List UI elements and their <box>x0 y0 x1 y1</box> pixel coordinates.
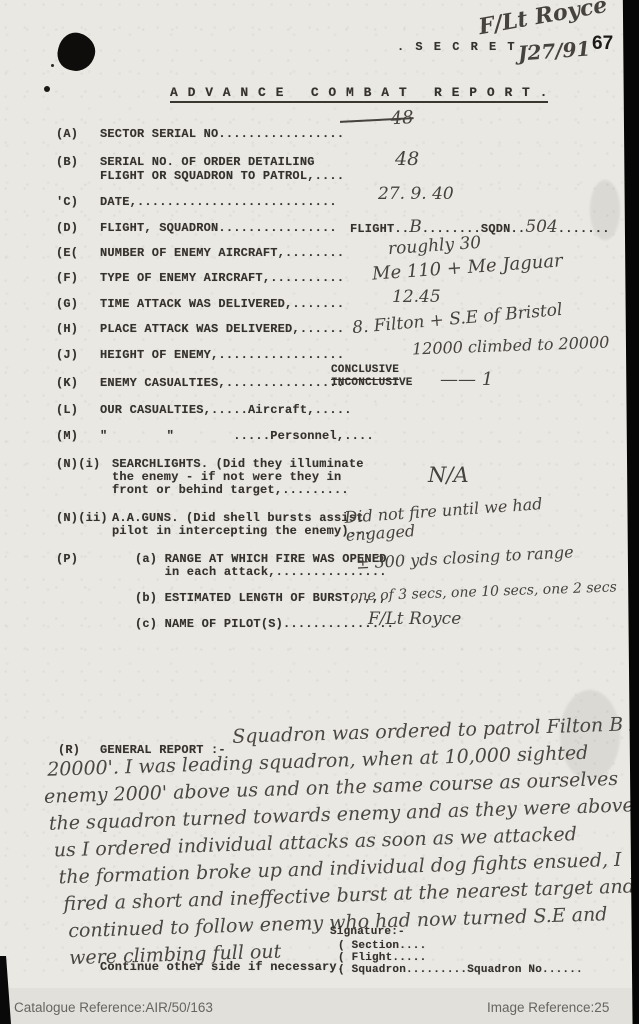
row-n1-letter: (N)(i) <box>56 458 100 472</box>
row-e-label: NUMBER OF ENEMY AIRCRAFT,........ <box>100 247 344 261</box>
page-number: 67 <box>592 33 613 55</box>
secret-stamp: . S E C R E T . <box>397 41 535 55</box>
row-n1-answer: N/A <box>428 463 469 487</box>
row-d-letter: (D) <box>56 222 78 236</box>
row-k-answer: —— 1 <box>440 370 493 391</box>
handwritten-reference: J27/91 <box>517 38 591 66</box>
row-b-letter: (B) <box>56 156 78 170</box>
catalogue-reference: Catalogue Reference:AIR/50/163 <box>14 1000 213 1015</box>
row-pa-answer: ± 300 yds closing to range <box>356 543 574 573</box>
row-f-label: TYPE OF ENEMY AIRCRAFT,.......... <box>100 272 344 286</box>
row-pb-answer: one of 3 secs, one 10 secs, one 2 secs <box>350 579 617 604</box>
image-reference: Image Reference:25 <box>487 1000 609 1015</box>
row-pb-label: (b) ESTIMATED LENGTH OF BURST,,,,, <box>135 592 387 606</box>
ink-speck <box>51 64 54 67</box>
row-h-answer: 8. Filton + S.E of Bristol <box>352 301 564 339</box>
row-l-letter: (L) <box>56 404 78 418</box>
row-j-answer: 12000 climbed to 20000 <box>412 334 610 359</box>
row-l-label: OUR CASUALTIES,.....Aircraft,..... <box>100 404 352 418</box>
ink-speck <box>44 86 50 92</box>
row-d-sqdn-value: 504 <box>525 217 557 237</box>
row-pc-answer: F/Lt Royce <box>368 610 461 630</box>
row-h-label: PLACE ATTACK WAS DELIVERED,...... <box>100 323 344 337</box>
row-c-label: DATE,........................... <box>100 196 337 210</box>
row-d-label: FLIGHT, SQUADRON................ <box>100 222 337 236</box>
row-pc-label: (c) NAME OF PILOT(S)............... <box>135 618 394 632</box>
row-k-label: ENEMY CASUALTIES,................ <box>100 377 344 391</box>
row-g-letter: (G) <box>56 298 78 312</box>
ink-blot <box>54 29 99 75</box>
row-g-answer: 12.45 <box>392 288 441 308</box>
row-c-letter: 'C) <box>56 196 78 210</box>
row-d-flight-label: FLIGHT.. <box>350 222 409 236</box>
row-j-letter: (J) <box>56 349 78 363</box>
handwritten-signoff: F/Lt Royce <box>477 0 609 40</box>
row-b-label-line1: SERIAL NO. OF ORDER DETAILING <box>100 156 315 170</box>
row-d-flight-value: B <box>409 217 422 237</box>
row-g-label: TIME ATTACK WAS DELIVERED,....... <box>100 298 344 312</box>
row-k-option-inconclusive: INCONCLUSIVE <box>331 377 413 391</box>
row-h-letter: (H) <box>56 323 78 337</box>
row-k-letter: (K) <box>56 377 78 391</box>
signature-squadron-line: ( Squadron.........Squadron No...... <box>338 964 583 978</box>
row-a-answer: ––––– 48 <box>340 108 415 133</box>
row-n2-answer: Did not fire until we had engaged <box>344 495 544 546</box>
scanned-combat-report-page: . S E C R E T . F/Lt Royce J27/91 67 A D… <box>0 0 639 1024</box>
row-n2-letter: (N)(ii) <box>56 512 108 526</box>
row-n2-label-line2: pilot in intercepting the enemy)... <box>112 525 371 539</box>
row-a-label: SECTOR SERIAL NO................. <box>100 128 344 142</box>
row-b-answer: 48 <box>395 149 419 171</box>
page-title: A D V A N C E C O M B A T R E P O R T . <box>170 86 548 103</box>
row-f-letter: (F) <box>56 272 78 286</box>
row-b-label-line2: FLIGHT OR SQUADRON TO PATROL,.... <box>100 170 344 184</box>
row-e-answer: roughly 30 <box>387 234 481 260</box>
row-e-letter: (E( <box>56 247 78 261</box>
row-pa-letter: (P) <box>56 553 78 567</box>
row-j-label: HEIGHT OF ENEMY,................. <box>100 349 344 363</box>
row-n1-label-line3: front or behind target,......... <box>112 484 349 498</box>
signature-heading: Signature:- <box>330 926 405 940</box>
row-c-answer: 27. 9. 40 <box>378 185 454 205</box>
row-d-trailing-dots: ....... <box>558 222 610 236</box>
row-a-letter: (A) <box>56 128 78 142</box>
row-m-label: " " .....Personnel,.... <box>100 430 374 444</box>
continue-note: Continue other side if necessary. <box>100 961 344 975</box>
row-m-letter: (M) <box>56 430 78 444</box>
row-pa-label-line2: in each attack,............... <box>135 566 387 580</box>
